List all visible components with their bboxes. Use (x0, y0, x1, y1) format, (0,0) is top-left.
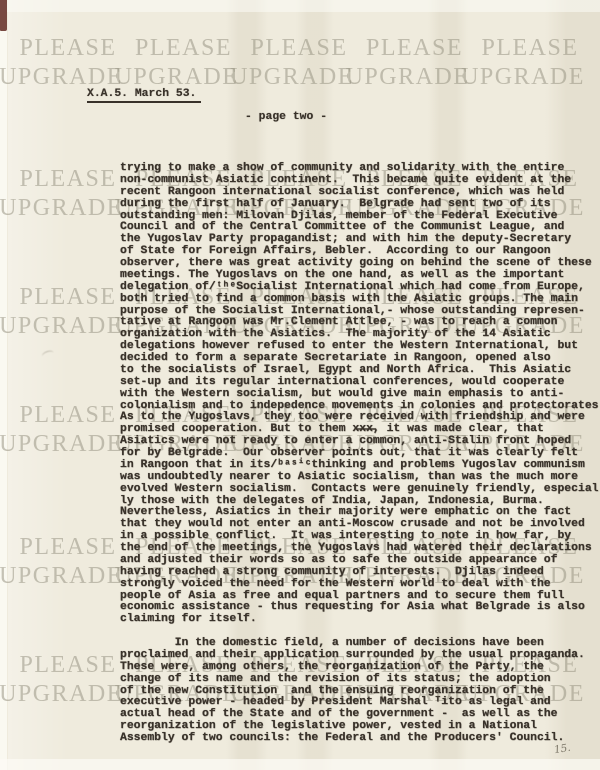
text-line: non-communist Asiatic continent. This be… (120, 175, 600, 187)
text-line: during the first half of January. Belgra… (120, 199, 600, 211)
text-line: Assembly of two councils: the Federal an… (120, 733, 600, 745)
text-line: set-up and its regular international con… (120, 377, 600, 389)
text-line: evolved Western socialism. Contacts were… (120, 484, 600, 496)
text-line: claiming for itself. (120, 614, 600, 626)
document-body: trying to make a show of community and s… (120, 163, 600, 745)
doc-reference-heading: X.A.5. March 53. (87, 88, 201, 103)
text-line: change of its name and the revision of i… (120, 674, 600, 686)
text-line: to the socialists of Israel, Egypt and N… (120, 365, 600, 377)
text-line: delegation of/ᵗʰᵉSocialist International… (120, 282, 600, 294)
text-line: in Rangoon that in its/ᵇᵃˢⁱᶜthinking and… (120, 460, 600, 472)
text-line: having reached a strong community of int… (120, 567, 600, 579)
text-line: proclaimed and their application surroun… (120, 650, 600, 662)
typewritten-content: X.A.5. March 53. - page two - trying to … (0, 0, 600, 770)
text-line: was undoubtedly nearer to Asiatic social… (120, 472, 600, 484)
page-number-label: - page two - (245, 111, 327, 123)
text-line: These were, among others, the reorganiza… (120, 662, 600, 674)
text-line: recent Rangoon international socialist c… (120, 187, 600, 199)
scanned-document-page: PLEASEUPGRADEPLEASEUPGRADEPLEASEUPGRADEP… (0, 0, 600, 770)
text-line: meetings. The Yugoslavs on the one hand,… (120, 270, 600, 282)
pencil-page-number: 15. (553, 742, 571, 756)
text-line: both tried to find a common basis with t… (120, 294, 600, 306)
pencil-smudge (41, 349, 55, 359)
text-line: and adjusted their words so as to safe t… (120, 555, 600, 567)
text-line: with the Western socialism, but would gi… (120, 389, 600, 401)
text-line: strongly voiced the need for the Western… (120, 579, 600, 591)
